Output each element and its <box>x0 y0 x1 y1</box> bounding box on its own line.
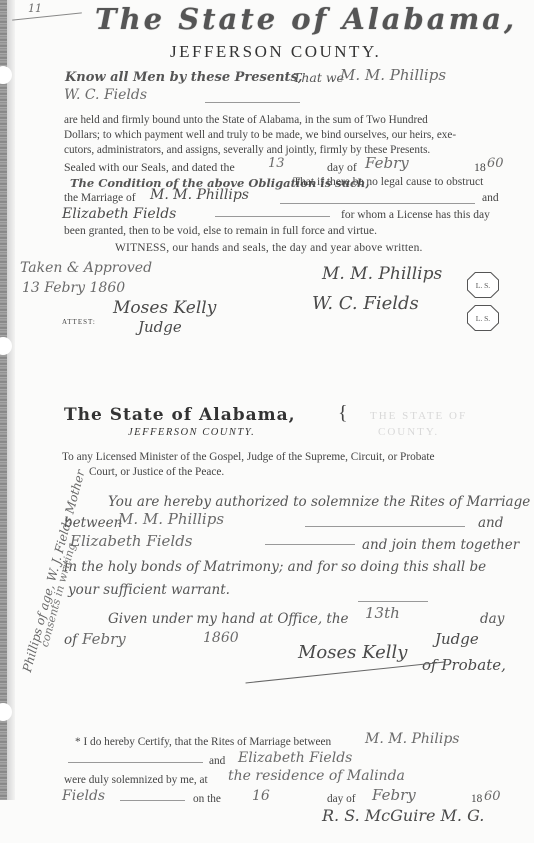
attest-label: ATTEST: <box>62 318 96 326</box>
cert-location-cont: Fields <box>62 788 105 804</box>
attest-signature: Moses Kelly <box>113 298 216 318</box>
and-label: and <box>482 192 499 204</box>
brace-top: { <box>338 402 348 425</box>
corner-mark: 11 <box>28 2 42 15</box>
cert-and-label: and <box>209 755 225 767</box>
license-groom: M. M. Phillips <box>118 510 224 528</box>
bond-intro-blackletter: Know all Men by these Presents, <box>65 70 302 85</box>
fill-line <box>358 601 428 602</box>
cert-year-suffix: 60 <box>484 789 501 804</box>
given-year: 1860 <box>203 630 239 646</box>
attest-title: Judge <box>138 318 182 336</box>
cert-groom: M. M. Philips <box>365 731 460 747</box>
given-text: Given under my hand at Office, the <box>108 611 349 627</box>
fill-line <box>68 762 203 763</box>
given-day: 13th <box>365 604 400 622</box>
witness-text: WITNESS, our hands and seals, the day an… <box>115 242 423 254</box>
on-the-label: on the <box>193 793 221 805</box>
license-county: JEFFERSON COUNTY. <box>128 427 255 438</box>
of-label: of <box>64 632 77 648</box>
certify-text: * I do hereby Certify, that the Rites of… <box>75 736 331 748</box>
cert-year-prefix: 18 <box>471 793 482 805</box>
approval-note-1: Taken & Approved <box>20 260 152 276</box>
marriage-document-page: 11 The State of Alabama, JEFFERSON COUNT… <box>0 0 534 843</box>
seal-1: L. S. <box>467 272 499 298</box>
license-text: for whom a License has this day <box>341 209 490 221</box>
binding-strip <box>0 0 7 800</box>
given-month: Febry <box>82 630 126 648</box>
judge-title-2: of Probate, <box>422 656 506 674</box>
corner-stroke <box>12 12 82 20</box>
year-suffix: 60 <box>487 156 504 171</box>
cert-day: 16 <box>252 788 270 804</box>
fill-line <box>305 526 465 527</box>
bond-body-2: Dollars; to which payment well and truly… <box>64 129 456 141</box>
fill-line <box>215 216 330 217</box>
warrant-text: your sufficient warrant. <box>68 582 230 598</box>
license-title: The State of Alabama, <box>64 405 296 425</box>
cert-day-of-label: day of <box>327 793 356 805</box>
solemnized-text: were duly solemnized by me, at <box>64 774 208 786</box>
bond-groom: M. M. Phillips <box>150 187 249 203</box>
bond-title: The State of Alabama, <box>95 2 517 36</box>
between-label: between <box>64 515 122 531</box>
year-prefix: 18 <box>474 160 486 175</box>
license-and-label: and <box>478 515 503 531</box>
fill-line <box>280 203 475 204</box>
join-text: and join them together <box>362 537 519 553</box>
day-label: day <box>480 611 504 627</box>
bleed-through-2: COUNTY. <box>378 426 439 438</box>
judge-title-1: Judge <box>435 630 479 648</box>
address-line-1: To any Licensed Minister of the Gospel, … <box>62 451 435 463</box>
bond-bride: Elizabeth Fields <box>62 206 176 222</box>
day-of-label: day of <box>327 160 357 175</box>
bleed-through-1: THE STATE OF <box>370 410 467 422</box>
condition-text: That if there be no legal cause to obstr… <box>293 176 483 188</box>
void-text: been granted, then to be void, else to r… <box>64 225 377 237</box>
bond-intro-script: That we <box>293 70 344 85</box>
fill-line <box>265 544 355 545</box>
obligor-1: M. M. Phillips <box>340 66 446 84</box>
fill-line <box>120 800 185 801</box>
seal-2: L. S. <box>467 305 499 331</box>
signature-flourish <box>245 662 444 684</box>
marriage-of-label: the Marriage of <box>64 192 136 204</box>
cert-bride: Elizabeth Fields <box>238 750 352 766</box>
bonds-text: in the holy bonds of Matrimony; and for … <box>64 559 486 575</box>
bond-county: JEFFERSON COUNTY. <box>170 42 381 62</box>
signature-1: M. M. Phillips <box>322 264 442 284</box>
address-line-2: Court, or Justice of the Peace. <box>89 466 224 478</box>
dated-day: 13 <box>268 156 285 171</box>
obligor-2: W. C. Fields <box>64 87 147 103</box>
cert-month: Febry <box>372 786 416 804</box>
authorize-text: You are hereby authorized to solemnize t… <box>108 494 530 510</box>
license-bride: Elizabeth Fields <box>70 532 193 550</box>
signature-2: W. C. Fields <box>312 293 419 314</box>
officiant-signature: R. S. McGuire M. G. <box>322 806 484 825</box>
sealed-text: Sealed with our Seals, and dated the <box>64 160 235 175</box>
dated-month: Febry <box>365 154 409 172</box>
fill-line <box>205 102 300 103</box>
approval-note-2: 13 Febry 1860 <box>22 280 125 296</box>
binding-shadow <box>7 0 15 800</box>
cert-location: the residence of Malinda <box>228 768 405 784</box>
bond-body-1: are held and firmly bound unto the State… <box>64 114 428 126</box>
judge-signature: Moses Kelly <box>298 642 407 663</box>
